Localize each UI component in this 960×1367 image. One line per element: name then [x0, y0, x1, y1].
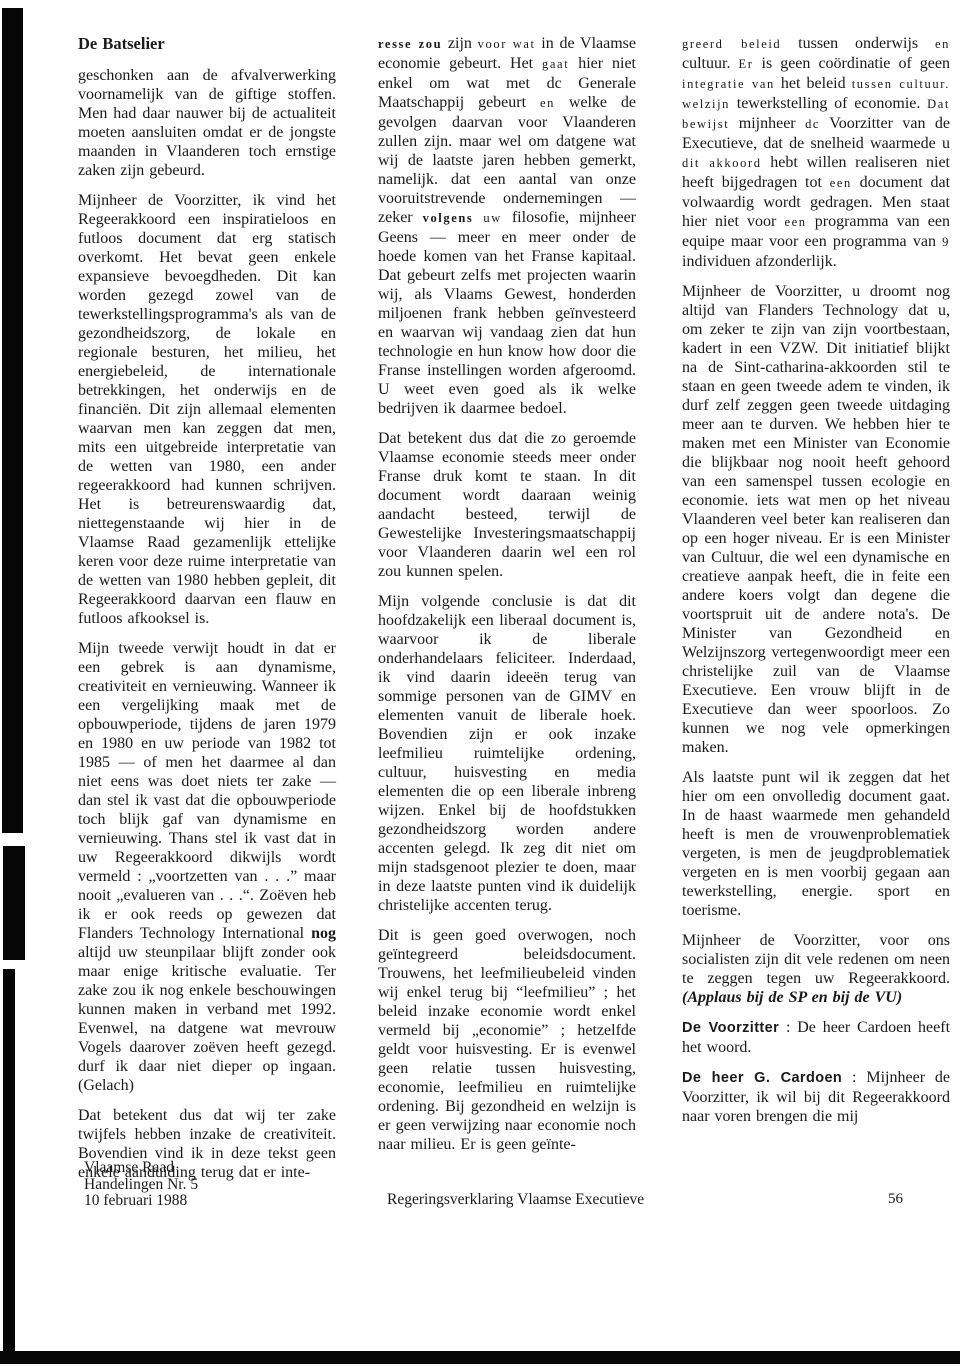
text-column-middle: resse zou zijn voor wat in de Vlaamse ec…	[378, 34, 636, 1165]
paragraph: Dat betekent dus dat die zo geroemde Vla…	[378, 429, 636, 581]
scan-artifact-bottom-bar	[0, 1351, 960, 1364]
scan-artifact-left-bar-bottom	[3, 969, 15, 1357]
text-segment: greerd beleid	[682, 37, 781, 51]
text-segment: De Voorzitter	[682, 1020, 779, 1036]
text-segment: Als laatste punt wil ik zeggen dat het h…	[682, 769, 950, 919]
text-segment: tewerkstelling of economie.	[730, 95, 927, 112]
paragraph: resse zou zijn voor wat in de Vlaamse ec…	[378, 34, 636, 418]
page-number: 56	[888, 1191, 903, 1208]
text-segment: nog	[311, 925, 336, 942]
footer-date: 10 februari 1988	[84, 1193, 198, 1210]
text-segment: (Applaus bij de SP en bij de VU)	[682, 989, 902, 1006]
text-segment: zijn	[442, 35, 477, 52]
text-segment: het beleid	[775, 75, 852, 92]
text-segment: Dit is geen goed overwogen, noch geïnteg…	[378, 927, 636, 1153]
text-segment: filosofie, mijnheer Geens — meer en meer…	[378, 209, 636, 417]
footer-issue-number: Handelingen Nr. 5	[84, 1177, 198, 1194]
text-segment: Mijn tweede verwijt houdt in dat er een …	[78, 640, 336, 942]
text-segment: tussen onderwijs	[781, 35, 935, 52]
text-segment: De heer G. Cardoen	[682, 1070, 842, 1086]
text-segment: gaat	[542, 57, 569, 71]
paragraph: Mijn tweede verwijt houdt in dat er een …	[78, 639, 336, 1095]
text-segment: resse zou	[378, 37, 442, 51]
text-segment: 9	[942, 235, 950, 249]
text-segment: dc	[805, 117, 820, 131]
footer-document-title: Regeringsverklaring Vlaamse Executieve	[387, 1191, 644, 1209]
text-segment: altijd uw steunpilaar blijft zonder ook …	[78, 944, 336, 1094]
paragraph: greerd beleid tussen onderwijs en cultuu…	[682, 34, 950, 271]
paragraph: Mijn volgende conclusie is dat dit hoofd…	[378, 592, 636, 915]
text-segment: individuen afzonderlijk.	[682, 253, 837, 270]
footer-publication-info: Vlaamse Raad Handelingen Nr. 5 10 februa…	[84, 1160, 198, 1210]
paragraph: De heer G. Cardoen : Mijnheer de Voorzit…	[682, 1068, 950, 1126]
text-segment: Mijnheer de Voorzitter, voor ons sociali…	[682, 932, 950, 987]
paragraph: geschonken aan de afvalverwerking voorna…	[78, 66, 336, 180]
text-segment: voor	[478, 37, 507, 51]
paragraph: Mijnheer de Voorzitter, voor ons sociali…	[682, 931, 950, 1007]
text-segment: mijnheer	[729, 115, 805, 132]
text-segment: is geen coördinatie of geen	[753, 55, 950, 72]
text-segment: volgens	[423, 211, 474, 225]
text-column-right: greerd beleid tussen onderwijs en cultuu…	[682, 34, 950, 1137]
paragraph: De Voorzitter : De heer Cardoen heeft he…	[682, 1018, 950, 1057]
text-segment: integratie van	[682, 77, 775, 91]
text-segment: cultuur.	[682, 55, 738, 72]
scan-artifact-left-bar-middle	[3, 846, 25, 960]
text-segment: en	[935, 37, 950, 51]
text-segment: en	[540, 96, 555, 110]
text-segment: De Batselier	[78, 34, 165, 53]
text-segment: een	[784, 215, 806, 229]
document-page: De Batseliergeschonken aan de afvalverwe…	[0, 0, 960, 1367]
footer-publication-name: Vlaamse Raad	[84, 1160, 198, 1177]
paragraph: Mijnheer de Voorzitter, ik vind het Rege…	[78, 191, 336, 628]
text-segment: Mijnheer de Voorzitter, u droomt nog alt…	[682, 283, 950, 756]
text-segment: geschonken aan de afvalverwerking voorna…	[78, 67, 336, 179]
speaker-heading: De Batselier	[78, 34, 336, 53]
text-segment: Mijnheer de Voorzitter, ik vind het Rege…	[78, 192, 336, 627]
text-segment	[473, 209, 483, 226]
text-segment: Mijn volgende conclusie is dat dit hoofd…	[378, 593, 636, 914]
text-segment: tussen cultuur.	[852, 77, 950, 91]
text-segment: welke de gevolgen daarvan voor Vlaandere…	[378, 94, 636, 226]
paragraph: Mijnheer de Voorzitter, u droomt nog alt…	[682, 282, 950, 757]
text-segment: Dat betekent dus dat die zo geroemde Vla…	[378, 430, 636, 580]
text-segment: dit akkoord	[682, 156, 762, 170]
text-segment: Er	[738, 57, 753, 71]
text-segment: welzijn	[682, 97, 730, 111]
text-segment: wat	[513, 37, 536, 51]
text-segment: uw	[483, 211, 501, 225]
text-column-left: De Batseliergeschonken aan de afvalverwe…	[78, 34, 336, 1193]
scan-artifact-left-bar-top	[2, 8, 23, 833]
paragraph: Als laatste punt wil ik zeggen dat het h…	[682, 768, 950, 920]
paragraph: Dit is geen goed overwogen, noch geïnteg…	[378, 926, 636, 1154]
text-segment: een	[830, 176, 852, 190]
